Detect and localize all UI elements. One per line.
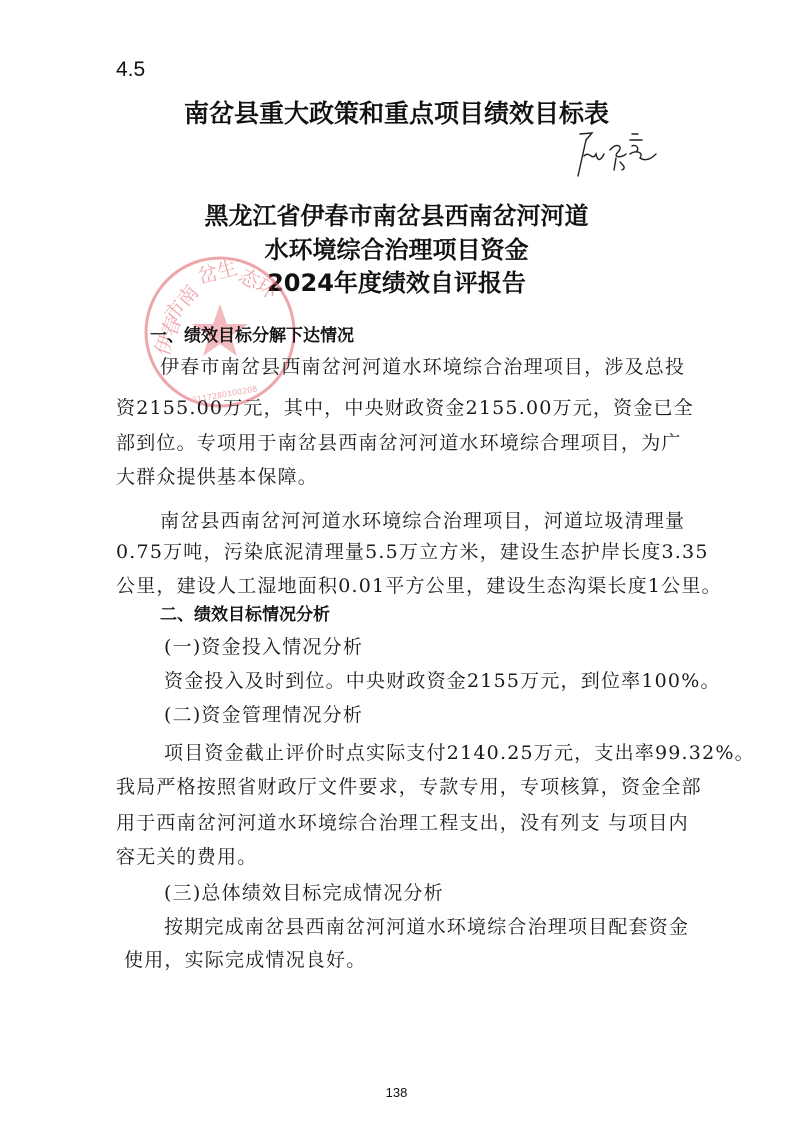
paragraph-line: 用于西南岔河河道水环境综合治理工程支出，没有列支 与项目内 xyxy=(116,808,689,835)
report-title-line-2: 水环境综合治理项目资金 xyxy=(0,230,793,265)
paragraph-line: 公里，建设人工湿地面积0.01平方公里，建设生态沟渠长度1公里。 xyxy=(116,571,722,598)
section-heading-1: 一、绩效目标分解下达情况 xyxy=(150,321,354,346)
paragraph-line: 项目资金截止评价时点实际支付2140.25万元，支出率99.32%。 xyxy=(164,738,755,765)
paragraph-line: 容无关的费用。 xyxy=(116,842,257,869)
paragraph-line: 伊春市南岔县西南岔河河道水环境综合治理项目，涉及总投 xyxy=(160,352,685,379)
paragraph-line: 使用，实际完成情况良好。 xyxy=(124,945,366,972)
paragraph-line: 按期完成南岔县西南岔河河道水环境综合治理项目配套资金 xyxy=(164,912,689,939)
paragraph-line: 资2155.00万元，其中，中央财政资金2155.00万元，资金已全 xyxy=(116,393,694,420)
main-title: 南岔县重大政策和重点项目绩效目标表 xyxy=(0,94,793,130)
paragraph-line: 大群众提供基本保障。 xyxy=(116,462,318,489)
svg-text:态环: 态环 xyxy=(235,263,283,304)
handwritten-signature-icon xyxy=(566,128,686,188)
paragraph-line: 部到位。专项用于南岔县西南岔河河道水环境综合理项目，为广 xyxy=(116,428,682,455)
paragraph-line: 我局严格按照省财政厅文件要求，专款专用，专项核算，资金全部 xyxy=(116,772,702,799)
report-title-line-3: 2024年度绩效自评报告 xyxy=(0,263,793,298)
section-number: 4.5 xyxy=(116,58,145,82)
subsection-heading-3: (三)总体绩效目标完成情况分析 xyxy=(164,878,444,905)
page-number: 138 xyxy=(0,1085,793,1100)
subsection-heading-2: (二)资金管理情况分析 xyxy=(164,700,363,727)
paragraph-line: 0.75万吨，污染底泥清理量5.5万立方米，建设生态护岸长度3.35 xyxy=(116,537,709,564)
section-heading-2: 二、绩效目标情况分析 xyxy=(160,600,330,625)
report-title-line-1: 黑龙江省伊春市南岔县西南岔河河道 xyxy=(0,196,793,231)
paragraph-line: 资金投入及时到位。中央财政资金2155万元，到位率100%。 xyxy=(164,666,721,693)
paragraph-line: 南岔县西南岔河河道水环境综合治理项目，河道垃圾清理量 xyxy=(160,506,685,533)
subsection-heading-1: (一)资金投入情况分析 xyxy=(164,632,363,659)
